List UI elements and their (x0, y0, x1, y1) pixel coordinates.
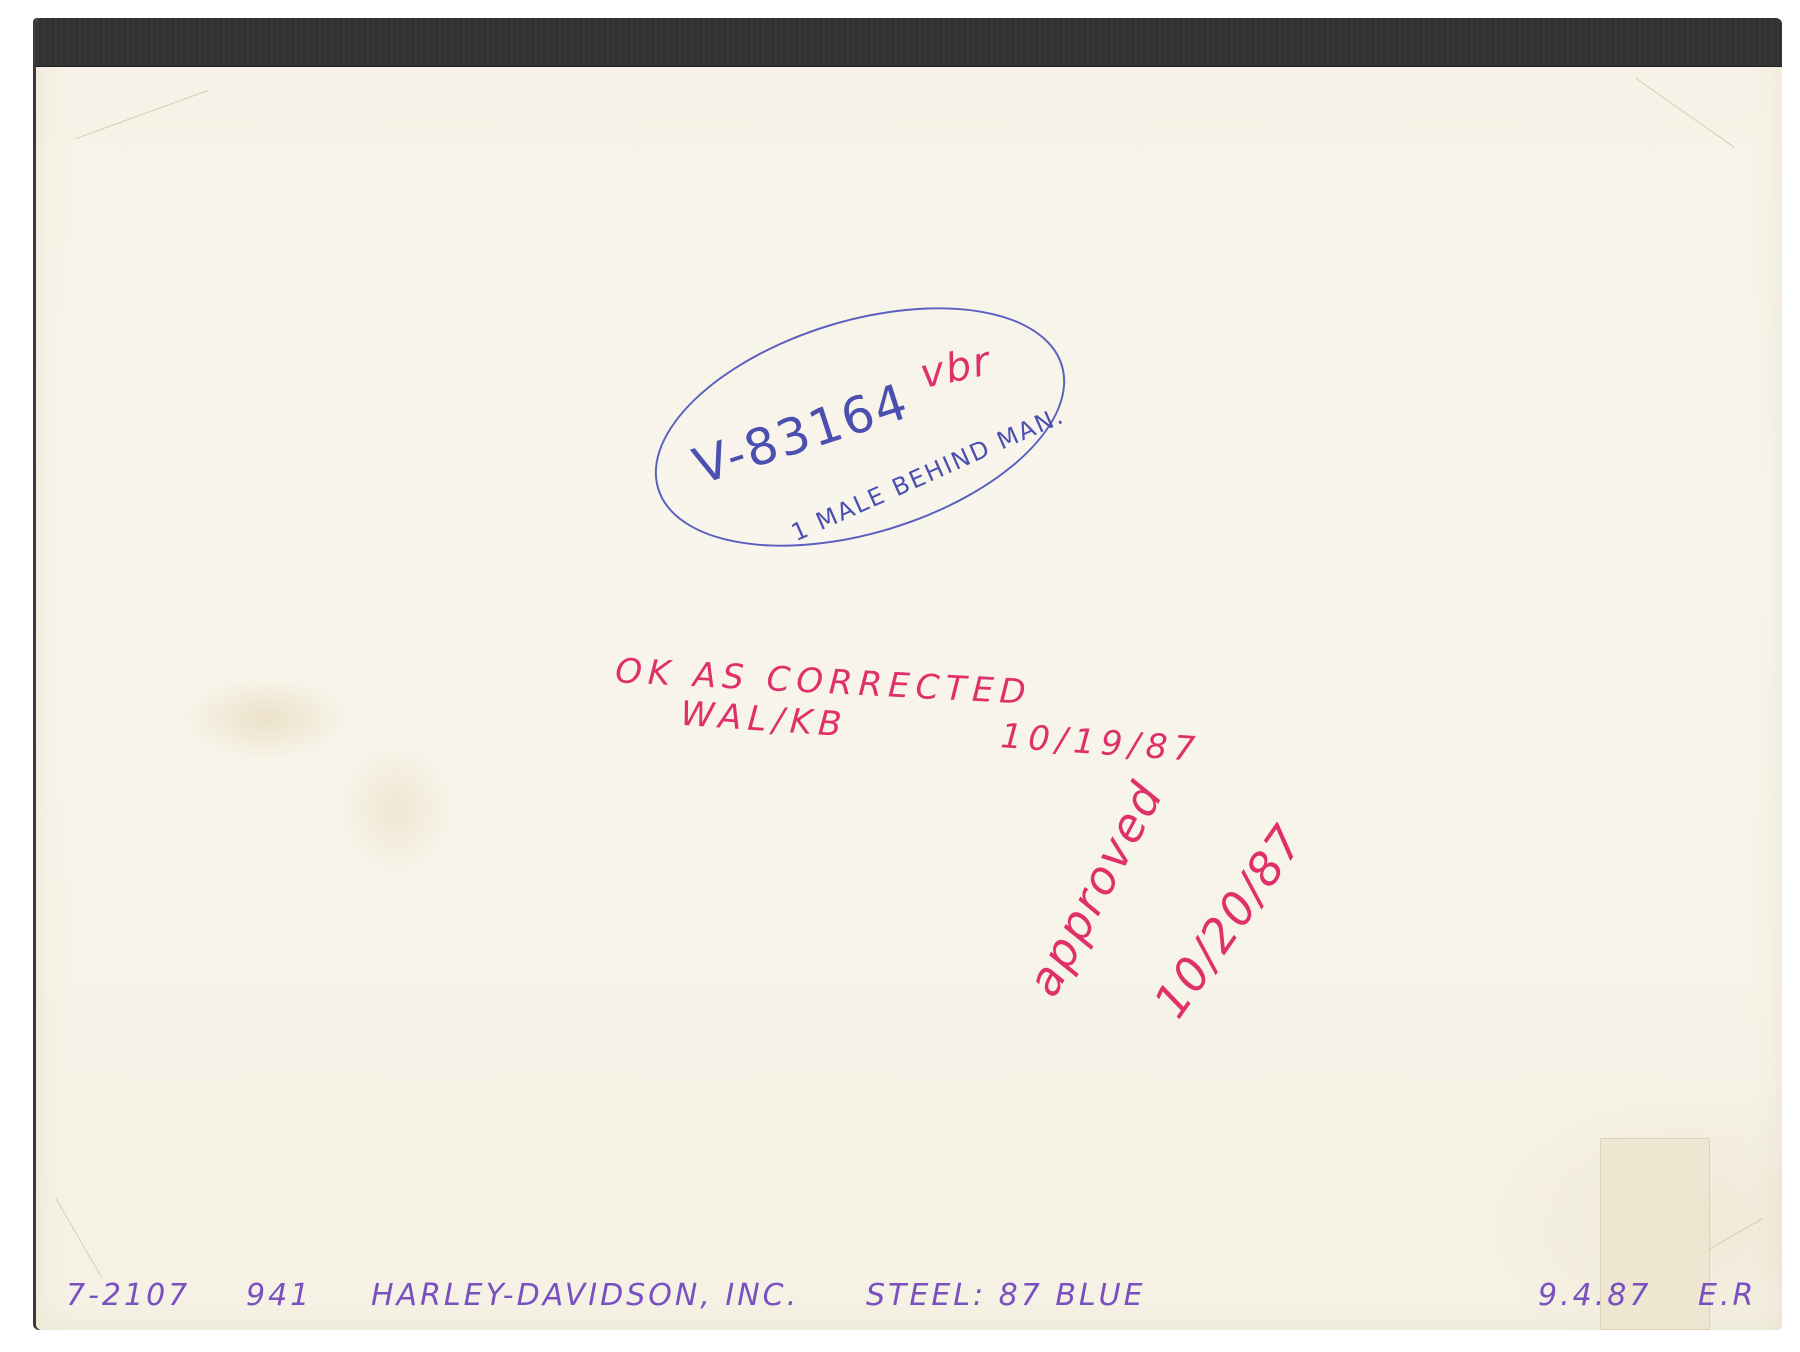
caption-client: HARLEY-DAVIDSON, INC. (371, 1278, 799, 1313)
binding-strip (36, 18, 1782, 66)
crease-mark (76, 90, 208, 139)
caption-initials: E.R (1698, 1278, 1756, 1313)
crease-mark (1636, 78, 1735, 148)
caption-date: 9.4.87 (1538, 1278, 1651, 1313)
caption-code: 941 (246, 1278, 312, 1313)
caption-row: 7-2107 941 HARLEY-DAVIDSON, INC. STEEL: … (66, 1278, 1766, 1328)
crease-mark (56, 1198, 102, 1276)
caption-job-number: 7-2107 (66, 1278, 190, 1313)
caption-description: STEEL: 87 BLUE (866, 1278, 1146, 1313)
